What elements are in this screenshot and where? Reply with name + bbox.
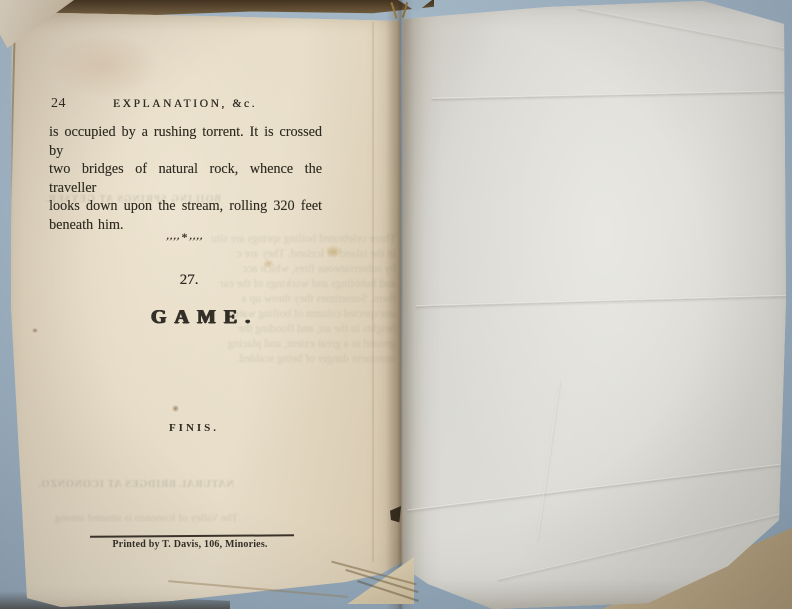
- right-page: [398, 0, 792, 609]
- paper-crease: [578, 8, 789, 51]
- left-page: BOILING SPRINGS AT GEYSER. Three celebra…: [4, 6, 404, 607]
- section-title: GAME.: [151, 306, 258, 329]
- section-number: 27.: [53, 272, 325, 289]
- paper-crease: [416, 295, 788, 307]
- paper-stain: [32, 328, 38, 333]
- stacked-pages-edge-line: [0, 18, 16, 596]
- paper-foxing: [50, 34, 160, 98]
- body-paragraph: is occupied by a rushing torrent. It is …: [49, 123, 322, 235]
- paper-crease: [407, 462, 790, 511]
- printer-imprint: Printed by T. Davis, 106, Minories.: [50, 539, 330, 550]
- body-line: is occupied by a rushing torrent. It is …: [49, 123, 322, 160]
- paper-crease: [537, 381, 561, 540]
- paper-stain: [172, 405, 179, 412]
- show-through-heading-lower: NATURAL BRIDGES AT ICONONZO.: [66, 479, 234, 490]
- running-head-row: 24 EXPLANATION, &c.: [49, 96, 321, 112]
- imprint-rule: [90, 534, 294, 537]
- show-through-line: The Valley of Icononzo is situated among: [80, 512, 238, 524]
- divider-ornament: ,,,,*,,,,: [49, 230, 321, 245]
- spine-shadow: [386, 0, 414, 609]
- paper-crease: [432, 90, 788, 99]
- body-line: two bridges of natural rock, whence the …: [49, 160, 322, 197]
- finis-label: FINIS.: [58, 422, 330, 434]
- running-header: EXPLANATION, &c.: [49, 98, 321, 110]
- body-line: looks down upon the stream, rolling 320 …: [49, 197, 322, 216]
- show-through-paragraph: Three celebrated boiling springs are sit…: [186, 232, 396, 367]
- book-photo: BOILING SPRINGS AT GEYSER. Three celebra…: [0, 0, 792, 609]
